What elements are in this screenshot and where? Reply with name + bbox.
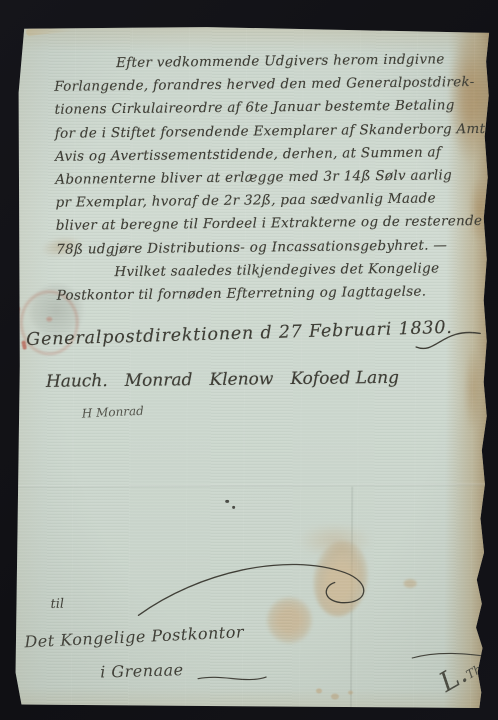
body-line: Postkontor til fornøden Efterretning og …: [57, 280, 477, 308]
letter-body: Efter vedkommende Udgivers herom indgivn…: [54, 48, 477, 308]
seal-fleck: [46, 317, 52, 322]
stain-dot: [331, 693, 339, 699]
pen-flourish-swash: [196, 672, 268, 688]
seal-through-stain-round: [266, 596, 312, 644]
address-salutation: til: [50, 597, 64, 612]
fold-crease-vertical: [350, 487, 353, 709]
signature: Hauch.: [46, 371, 108, 392]
letter-paper: Efter vedkommende Udgivers herom indgivn…: [14, 25, 490, 710]
corner-mark: L.Thue: [434, 643, 498, 698]
corner-sliver: [26, 25, 72, 36]
signature: Monrad: [125, 370, 193, 391]
photo-of-letter: Efter vedkommende Udgivers herom indgivn…: [0, 0, 498, 720]
signature-row: Hauch. Monrad Klenow Kofoed Lang: [46, 368, 399, 392]
edge-stain: [464, 347, 483, 431]
seal-through-stain-oval: [308, 537, 372, 620]
seal-fleck: [13, 306, 20, 319]
signature: Kofoed Lang: [290, 368, 399, 389]
address-line-2: i Grenaae: [100, 660, 184, 681]
fold-crease-horizontal: [15, 483, 487, 488]
seal-fleck: [12, 361, 17, 368]
address-line-1: Det Kongelige Postkontor: [24, 622, 244, 651]
ink-speck: [225, 500, 229, 503]
ink-speck: [232, 506, 235, 509]
stain-dot: [404, 579, 417, 588]
stain-dot: [316, 688, 322, 693]
pen-flourish-loop: [134, 555, 378, 622]
signature: Klenow: [209, 369, 273, 390]
seal-through-stain-arc: [297, 522, 373, 558]
counter-signature: H Monrad: [81, 404, 144, 421]
